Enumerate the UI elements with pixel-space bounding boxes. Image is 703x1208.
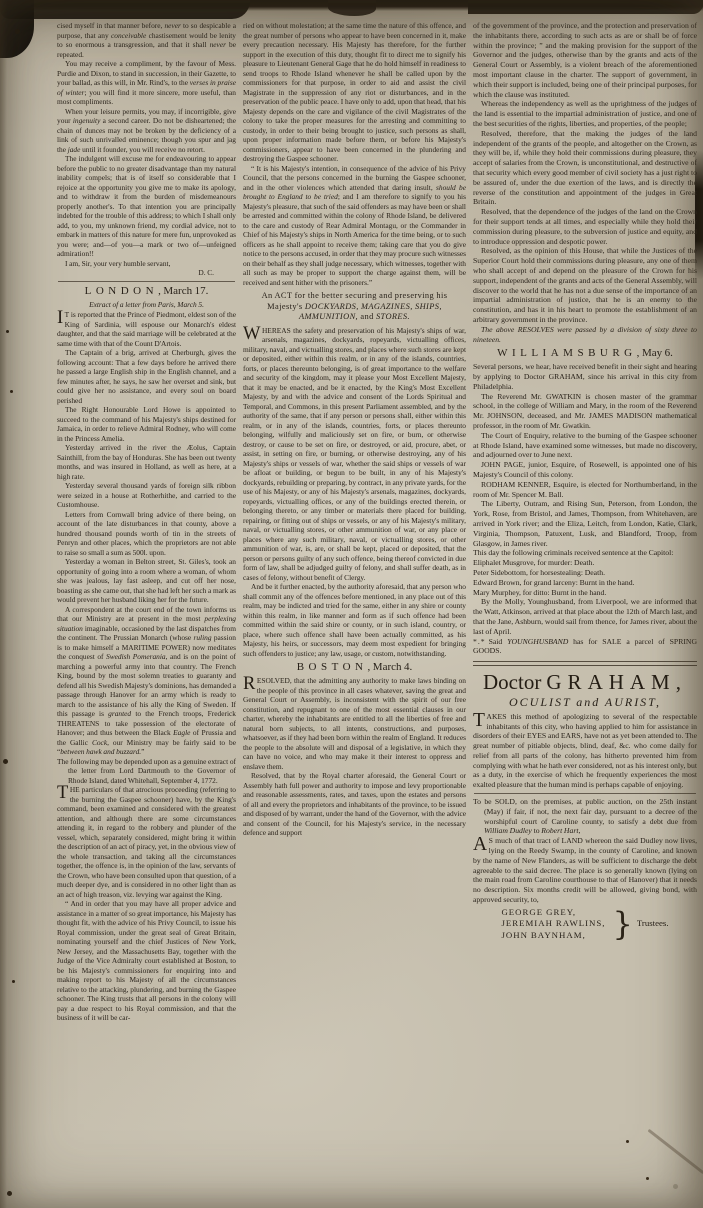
column-middle: ried on without molestation; at the same… xyxy=(243,21,466,1179)
p: TAKES this method of apologizing to seve… xyxy=(473,712,697,790)
p: The Right Honourable Lord Howe is appoin… xyxy=(57,405,236,443)
section-rule xyxy=(58,281,235,282)
p: “ It is his Majesty's intention, in cons… xyxy=(243,164,466,288)
heading-pre: Doctor xyxy=(483,670,546,694)
dateline-boston: BOSTON, March 4. xyxy=(243,661,466,674)
sentence-item: Edward Brown, for grand larceny: Burnt i… xyxy=(473,578,697,588)
trustee-names: GEORGE GREY,JEREMIAH RAWLINS,JOHN BAYNHA… xyxy=(501,907,605,942)
trustee-name: JEREMIAH RAWLINS, xyxy=(501,918,605,930)
drop-cap: I xyxy=(57,310,65,327)
p: RESOLVED, that the admitting any authori… xyxy=(243,676,466,771)
sentence-item: Eliphalet Musgrove, for murder: Death. xyxy=(473,558,697,568)
page-top-edge-shadow-right xyxy=(468,0,703,14)
drop-cap: T xyxy=(473,712,486,730)
advert-divider xyxy=(473,661,697,666)
heading-caps: GRAHAM, xyxy=(546,670,687,694)
p: WHEREAS the safety and preservation of h… xyxy=(243,326,466,583)
sentence-item: Peter Sidebottom, for horsestealing: Dea… xyxy=(473,568,697,578)
graham-ad-subtitle: OCULIST and AURIST, xyxy=(473,695,697,709)
resolves-note: The above RESOLVES were passed by a divi… xyxy=(473,325,697,345)
heading-rest: , March 17. xyxy=(158,285,208,297)
page-top-edge-shadow-left xyxy=(0,0,250,19)
p: Letters from Cornwall bring advice of th… xyxy=(57,510,236,558)
p: Whereas the independency as well as the … xyxy=(473,99,697,128)
london-subhead: Extract of a letter from Paris, March 5. xyxy=(57,300,236,310)
heading-caps: WILLIAMSBURG xyxy=(497,347,637,359)
trustee-name: JOHN BAYNHAM, xyxy=(501,930,605,942)
p: THE particulars of that atrocious procee… xyxy=(57,785,236,899)
newspaper-page: cised myself in that manner before, neve… xyxy=(0,0,703,1208)
graham-ad-title: Doctor GRAHAM, xyxy=(473,670,697,694)
p: Yesterday a woman in Belton street, St. … xyxy=(57,557,236,605)
p: The Reverend Mr. GWATKIN is chosen maste… xyxy=(473,392,697,431)
brace-glyph: } xyxy=(613,908,633,940)
p: RODHAM KENNER, Esquire, is elected for N… xyxy=(473,480,697,500)
letter-signature: D. C. xyxy=(57,268,236,278)
heading-caps: BOSTON xyxy=(297,661,368,673)
p: JOHN PAGE, junior, Esquire, of Rosewell,… xyxy=(473,460,697,480)
p: Yesterday arrived in the river the Æolus… xyxy=(57,443,236,481)
page-left-edge-shade xyxy=(0,0,7,1208)
heading-rest: , May 6. xyxy=(637,347,673,359)
heading-rest: , March 4. xyxy=(368,661,413,673)
p: Resolved, as the opinion of this House, … xyxy=(473,246,697,324)
page-top-stain xyxy=(328,0,376,16)
act-title: An ACT for the better securing and prese… xyxy=(245,291,464,323)
p: The indulgent will excuse me for endeavo… xyxy=(57,154,236,259)
column-left: cised myself in that manner before, neve… xyxy=(57,21,236,1179)
p: Yesterday several thousand yards of fore… xyxy=(57,481,236,510)
p: The Court of Enquiry, relative to the bu… xyxy=(473,431,697,460)
p: AS much of that tract of LAND whereon th… xyxy=(473,836,697,905)
drop-cap: R xyxy=(243,676,257,693)
p: The Captain of a brig, arrived at Cherbu… xyxy=(57,348,236,405)
column-right: of the government of the province, and t… xyxy=(473,21,697,1179)
p: “ And in order that you may have all pro… xyxy=(57,899,236,1023)
p: And be it further enacted, by the author… xyxy=(243,582,466,658)
drop-cap: A xyxy=(473,836,489,854)
drop-cap: T xyxy=(57,785,70,802)
hang: The following may be depended upon as a … xyxy=(57,757,236,786)
p: A correspondent at the court end of the … xyxy=(57,605,236,757)
trustees-signature: GEORGE GREY,JEREMIAH RAWLINS,JOHN BAYNHA… xyxy=(473,907,697,942)
p: Resolved, that the dependence of the jud… xyxy=(473,207,697,246)
p: Resolved, therefore, that the making the… xyxy=(473,129,697,207)
heading-caps: LONDON xyxy=(85,285,158,297)
auction-divider xyxy=(474,793,696,794)
p: When your leisure permits, you may, if i… xyxy=(57,107,236,155)
p: Several persons, we hear, have received … xyxy=(473,362,697,391)
dateline-williamsburg: WILLIAMSBURG, May 6. xyxy=(473,347,697,360)
trustees-label: Trustees. xyxy=(637,919,669,929)
p: I am, Sir, your very humble servant, xyxy=(57,259,236,269)
p: You may receive a compliment, by the fav… xyxy=(57,59,236,107)
p: Resolved, that by the Royal charter afor… xyxy=(243,771,466,838)
asterism-marker: *.* xyxy=(473,637,489,646)
cont: ried on without molestation; at the same… xyxy=(243,21,466,164)
p: This day the following criminals receive… xyxy=(473,548,697,558)
drop-cap: W xyxy=(243,326,262,343)
p: The Liberty, Outram, and Rising Sun, Pet… xyxy=(473,499,697,548)
paper-specks xyxy=(6,330,9,333)
cont: cised myself in that manner before, neve… xyxy=(57,21,236,59)
sale-notice: *.*Said YOUNGHUSBAND has for SALE a parc… xyxy=(473,637,697,657)
auction-notice-intro: To be SOLD, on the premises, at public a… xyxy=(473,797,697,836)
p: By the Molly, Younghusband, from Liverpo… xyxy=(473,597,697,636)
p: IT is reported that the Prince of Piedmo… xyxy=(57,310,236,348)
cont: of the government of the province, and t… xyxy=(473,21,697,99)
dateline-london: LONDON, March 17. xyxy=(57,285,236,298)
sentence-item: Mary Murphey, for ditto: Burnt in the ha… xyxy=(473,588,697,598)
trustee-name: GEORGE GREY, xyxy=(501,907,605,919)
